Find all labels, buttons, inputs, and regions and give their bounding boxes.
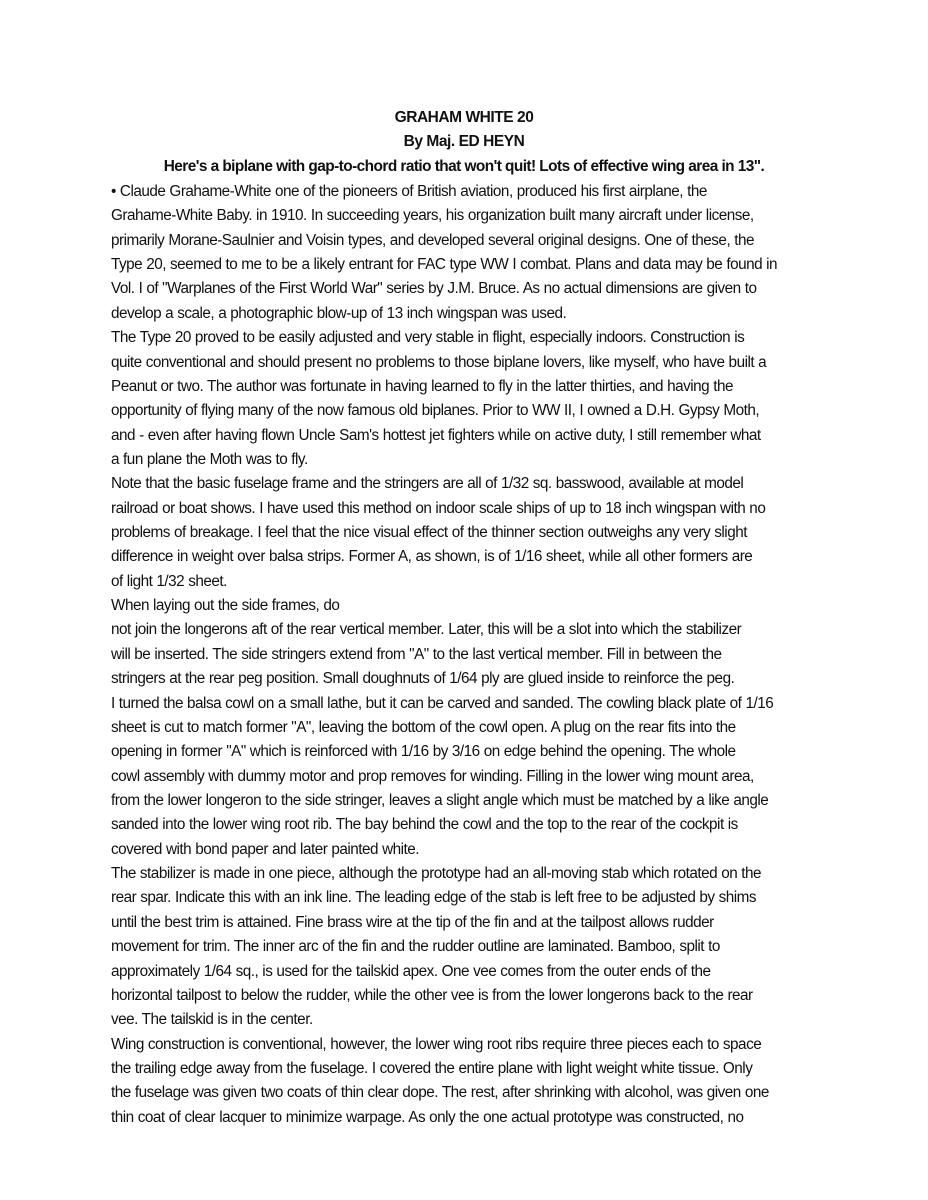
article-body: • Claude Grahame-White one of the pionee… — [111, 180, 831, 1130]
body-line: When laying out the side frames, do — [111, 594, 831, 618]
body-line: • Claude Grahame-White one of the pionee… — [111, 180, 831, 204]
body-line: Peanut or two. The author was fortunate … — [111, 375, 831, 399]
body-line: sheet is cut to match former "A", leavin… — [111, 716, 831, 740]
body-line: The Type 20 proved to be easily adjusted… — [111, 326, 831, 350]
body-line: opportunity of flying many of the now fa… — [111, 399, 831, 423]
body-line: horizontal tailpost to below the rudder,… — [111, 984, 831, 1008]
body-line: problems of breakage. I feel that the ni… — [111, 521, 831, 545]
body-line: Note that the basic fuselage frame and t… — [111, 472, 831, 496]
body-line: sanded into the lower wing root rib. The… — [111, 813, 831, 837]
body-line: Grahame-White Baby. in 1910. In succeedi… — [111, 204, 831, 228]
body-line: approximately 1/64 sq., is used for the … — [111, 960, 831, 984]
body-line: stringers at the rear peg position. Smal… — [111, 667, 831, 691]
body-line: thin coat of clear lacquer to minimize w… — [111, 1106, 831, 1130]
body-line: The stabilizer is made in one piece, alt… — [111, 862, 831, 886]
body-line: vee. The tailskid is in the center. — [111, 1008, 831, 1032]
document-page: GRAHAM WHITE 20 By Maj. ED HEYN Here's a… — [0, 0, 928, 1200]
body-line: covered with bond paper and later painte… — [111, 838, 831, 862]
body-line: difference in weight over balsa strips. … — [111, 545, 831, 569]
body-line: the trailing edge away from the fuselage… — [111, 1057, 831, 1081]
body-line: Wing construction is conventional, howev… — [111, 1033, 831, 1057]
body-line: opening in former "A" which is reinforce… — [111, 740, 831, 764]
body-line: develop a scale, a photographic blow-up … — [111, 302, 831, 326]
body-line: will be inserted. The side stringers ext… — [111, 643, 831, 667]
body-line: of light 1/32 sheet. — [111, 570, 831, 594]
body-line: not join the longerons aft of the rear v… — [111, 618, 831, 642]
body-line: movement for trim. The inner arc of the … — [111, 935, 831, 959]
body-line: quite conventional and should present no… — [111, 351, 831, 375]
body-line: from the lower longeron to the side stri… — [111, 789, 831, 813]
body-line: the fuselage was given two coats of thin… — [111, 1081, 831, 1105]
body-line: railroad or boat shows. I have used this… — [111, 497, 831, 521]
body-line: primarily Morane-Saulnier and Voisin typ… — [111, 229, 831, 253]
body-line: Vol. I of "Warplanes of the First World … — [111, 277, 831, 301]
body-line: I turned the balsa cowl on a small lathe… — [111, 692, 831, 716]
body-line: rear spar. Indicate this with an ink lin… — [111, 886, 831, 910]
article-title: GRAHAM WHITE 20 — [0, 106, 928, 130]
body-line: until the best trim is attained. Fine br… — [111, 911, 831, 935]
body-line: and - even after having flown Uncle Sam'… — [111, 424, 831, 448]
title-block: GRAHAM WHITE 20 By Maj. ED HEYN Here's a… — [0, 106, 928, 179]
body-line: Type 20, seemed to me to be a likely ent… — [111, 253, 831, 277]
body-line: cowl assembly with dummy motor and prop … — [111, 765, 831, 789]
body-line: a fun plane the Moth was to fly. — [111, 448, 831, 472]
article-byline: By Maj. ED HEYN — [0, 130, 928, 154]
article-subtitle: Here's a biplane with gap-to-chord ratio… — [0, 155, 928, 179]
